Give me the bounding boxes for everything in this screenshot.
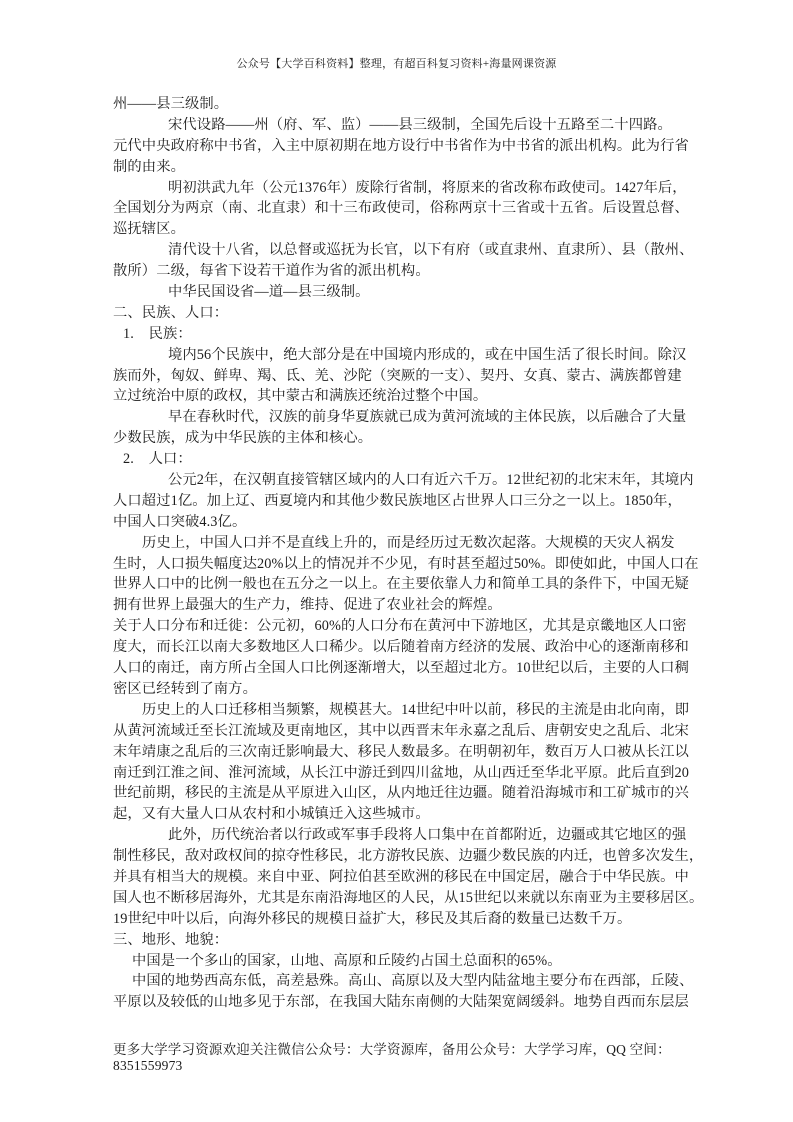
text-line: 少数民族，成为中华民族的主体和核心。 — [113, 428, 698, 449]
page-header-note: 公众号【大学百科资料】整理，有超百科复习资料+海量网课资源 — [0, 55, 793, 71]
text-line: 人口的南迁，南方所占全国人口比例逐渐增大，以至超过北方。10世纪以后，主要的人口… — [113, 658, 698, 679]
text-line: 密区已经转到了南方。 — [113, 679, 698, 700]
text-line: 早在春秋时代，汉族的前身华夏族就已成为黄河流域的主体民族，以后融合了大量 — [113, 407, 698, 428]
text-line: 关于人口分布和迁徙：公元初，60%的人口分布在黄河中下游地区，尤其是京畿地区人口… — [113, 616, 698, 637]
page-footer-note: 更多大学学习资源欢迎关注微信公众号：大学资源库，备用公众号：大学学习库，QQ 空… — [113, 1038, 713, 1074]
text-line: 立过统治中原的政权，其中蒙古和满族还统治过整个中国。 — [113, 386, 698, 407]
text-line: 从黄河流域迁至长江流域及更南地区，其中以西晋末年永嘉之乱后、唐朝安史之乱后、北宋 — [113, 721, 698, 742]
text-line: 生时，人口损失幅度达20%以上的情况并不少见，有时甚至超过50%。即使如此，中国… — [113, 554, 698, 575]
text-line: 公元2年，在汉朝直接管辖区域内的人口有近六千万。12世纪初的北宋末年，其境内 — [113, 470, 698, 491]
text-line: 族而外，匈奴、鲜卑、羯、氐、羌、沙陀（突厥的一支）、契丹、女真、蒙古、满族都曾建 — [113, 366, 698, 387]
text-line: 度大，而长江以南大多数地区人口稀少。以后随着南方经济的发展、政治中心的逐渐南移和 — [113, 637, 698, 658]
text-line: 1. 民族： — [113, 324, 698, 345]
text-line: 中华民国设省—道—县三级制。 — [113, 282, 698, 303]
text-line: 南迁到江淮之间、淮河流域，从长江中游迁到四川盆地，从山西迁至华北平原。此后直到2… — [113, 763, 698, 784]
text-line: 州——县三级制。 — [113, 94, 698, 115]
text-line: 拥有世界上最强大的生产力，维持、促进了农业社会的辉煌。 — [113, 595, 698, 616]
text-line: 中国的地势西高东低，高差悬殊。高山、高原以及大型内陆盆地主要分布在西部，丘陵、 — [113, 971, 698, 992]
text-line: 制性移民，敌对政权间的掠夺性移民，北方游牧民族、边疆少数民族的内迁，也曾多次发生… — [113, 846, 698, 867]
text-line: 全国划分为两京（南、北直隶）和十三布政使司，俗称两京十三省或十五省。后设置总督、 — [113, 198, 698, 219]
text-line: 历史上，中国人口并不是直线上升的，而是经历过无数次起落。大规模的天灾人祸发 — [113, 533, 698, 554]
text-line: 散所）二级，每省下设若干道作为省的派出机构。 — [113, 261, 698, 282]
text-line: 2. 人口： — [113, 449, 698, 470]
text-line: 平原以及较低的山地多见于东部，在我国大陆东南侧的大陆架宽阔缓斜。地势自西而东层层 — [113, 992, 698, 1013]
text-line: 世界人口中的比例一般也在五分之一以上。在主要依靠人力和简单工具的条件下，中国无疑 — [113, 574, 698, 595]
text-line: 明初洪武九年（公元1376年）废除行省制，将原来的省改称布政使司。1427年后， — [113, 178, 698, 199]
text-line: 境内56个民族中，绝大部分是在中国境内形成的，或在中国生活了很长时间。除汉 — [113, 345, 698, 366]
text-line: 制的由来。 — [113, 157, 698, 178]
document-body: 州——县三级制。宋代设路——州（府、军、监）——县三级制，全国先后设十五路至二十… — [113, 94, 698, 1013]
text-line: 清代设十八省，以总督或巡抚为长官，以下有府（或直隶州、直隶所）、县（散州、 — [113, 240, 698, 261]
text-line: 世纪前期，移民的主流是从平原进入山区，从内地迁往边疆。随着沿海城市和工矿城市的兴 — [113, 783, 698, 804]
text-line: 国人也不断移居海外，尤其是东南沿海地区的人民，从15世纪以来就以东南亚为主要移居… — [113, 888, 698, 909]
text-line: 此外，历代统治者以行政或军事手段将人口集中在首都附近，边疆或其它地区的强 — [113, 825, 698, 846]
text-line: 宋代设路——州（府、军、监）——县三级制，全国先后设十五路至二十四路。 — [113, 115, 698, 136]
text-line: 中国人口突破4.3亿。 — [113, 512, 698, 533]
text-line: 中国是一个多山的国家，山地、高原和丘陵约占国土总面积的65%。 — [113, 951, 698, 972]
document-page: 公众号【大学百科资料】整理，有超百科复习资料+海量网课资源 州——县三级制。宋代… — [0, 0, 793, 1122]
text-line: 人口超过1亿。加上辽、西夏境内和其他少数民族地区占世界人口三分之一以上。1850… — [113, 491, 698, 512]
text-line: 末年靖康之乱后的三次南迁影响最大、移民人数最多。在明朝初年，数百万人口被从长江以 — [113, 742, 698, 763]
text-line: 19世纪中叶以后，向海外移民的规模日益扩大，移民及其后裔的数量已达数千万。 — [113, 909, 698, 930]
text-line: 历史上的人口迁移相当频繁，规模甚大。14世纪中叶以前，移民的主流是由北向南，即 — [113, 700, 698, 721]
text-line: 并具有相当大的规模。来自中亚、阿拉伯甚至欧洲的移民在中国定居，融合于中华民族。中 — [113, 867, 698, 888]
text-line: 三、地形、地貌： — [113, 930, 698, 951]
text-line: 起，又有大量人口从农村和小城镇迁入这些城市。 — [113, 804, 698, 825]
text-line: 元代中央政府称中书省，入主中原初期在地方设行中书省作为中书省的派出机构。此为行省 — [113, 136, 698, 157]
text-line: 二、民族、人口： — [113, 303, 698, 324]
text-line: 巡抚辖区。 — [113, 219, 698, 240]
